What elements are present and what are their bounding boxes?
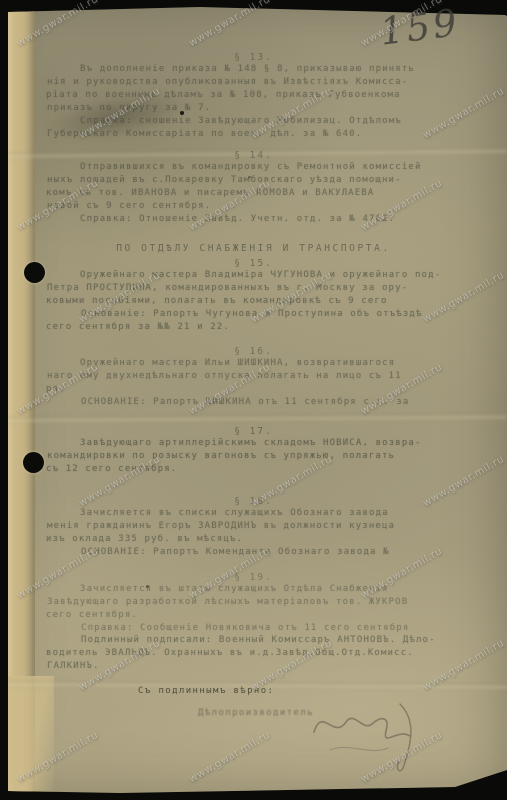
- text-line: приказъ по округу за № 7.: [47, 102, 507, 115]
- section-sig: Подлинный подписали: Военный Комиссаръ А…: [0, 634, 507, 673]
- section-s17: § 17.Завѣдующаго артиллерійскимъ складом…: [0, 426, 507, 476]
- text-line: Завѣдующаго артиллерійскимъ складомъ НОВ…: [80, 437, 507, 450]
- section-s15: § 15.Оружейнаго мастера Владиміра ЧУГУНО…: [0, 258, 507, 334]
- text-line: нія и руководства опубликованныя въ Извѣ…: [47, 76, 507, 89]
- section-dept: ПО ОТДѢЛУ СНАБЖЕНІЯ И ТРАНСПОРТА.: [0, 243, 507, 254]
- text-line: водитель ЭВАЛЬДЪ. Охранныхъ въ и.д.Завѣд…: [46, 647, 507, 660]
- text-line: Основаніе: Рапортъ Чугунова и Проступина…: [81, 308, 507, 321]
- text-line: Справка: Отношеніе Завѣд. Учетн. отд. за…: [80, 213, 507, 226]
- section-s18: § 18.Зачисляется въ списки служащихъ Обо…: [0, 496, 507, 559]
- text-line: сего сентября за №№ 21 и 22.: [46, 321, 507, 334]
- text-line: Петра ПРОСТУПИНА, командированныхъ въ г.…: [47, 282, 507, 295]
- text-line: Подлинный подписали: Военный Комиссаръ А…: [81, 634, 507, 647]
- text-line: изъ оклада 335 руб. въ мѣсяцъ.: [46, 533, 507, 546]
- text-line: Оружейнаго мастера Владиміра ЧУГУНОВА и …: [80, 269, 507, 282]
- section-header: ПО ОТДѢЛУ СНАБЖЕНІЯ И ТРАНСПОРТА.: [0, 243, 507, 254]
- section-s19: § 19.Зачисляется въ штатъ служащихъ Отдѣ…: [0, 572, 507, 635]
- text-line: Завѣдующаго разработкой лѣсныхъ матеріал…: [47, 596, 507, 609]
- scanned-document-page: § 13.Въ дополненіе приказа № 148 § 8, пр…: [0, 0, 507, 800]
- text-line: менія гражданинъ Егоръ ЗАВРОДИНЪ въ долж…: [47, 520, 507, 533]
- text-line: новой съ 9 сего сентября.: [47, 200, 507, 213]
- section-header: § 19.: [0, 572, 507, 583]
- section-s13: § 13.Въ дополненіе приказа № 148 § 8, пр…: [0, 52, 507, 141]
- certification-role: Дѣлопроизводитель: [198, 708, 314, 718]
- text-line: Зачисляется въ штатъ служащихъ Отдѣла Сн…: [80, 583, 507, 596]
- section-header: § 17.: [0, 426, 507, 437]
- punch-hole: [24, 262, 45, 283]
- text-line: ОСНОВАНІЕ: Рапортъ ШИШКИНА отъ 11 сентяб…: [81, 396, 507, 409]
- text-line: ря.: [46, 383, 507, 396]
- text-line: ОСНОВАНІЕ: Рапортъ Коменданта Обознаго з…: [81, 546, 507, 559]
- text-line: ковыми пособіями, полагать въ командиров…: [46, 295, 507, 308]
- text-line: Зачисляется въ списки служащихъ Обознаго…: [80, 507, 507, 520]
- text-line: Справка: сношеніе Завѣдующаго Мобилизац.…: [80, 115, 507, 128]
- text-line: ныхъ лошадей въ с.Покаревку Тамбовскаго …: [47, 174, 507, 187]
- text-line: командировки по розыску вагоновъ съ упря…: [47, 450, 507, 463]
- text-line: ріата по военнымъ дѣламъ за № 108, прика…: [46, 89, 507, 102]
- section-header: § 14.: [0, 150, 507, 161]
- text-line: Оружейнаго мастера Ильи ШИШКИНА, возврат…: [80, 357, 507, 370]
- handwritten-signature: [300, 698, 435, 776]
- text-line: съ 12 сего сентября.: [46, 463, 507, 476]
- text-line: сего сентября.: [46, 609, 507, 622]
- section-header: § 16.: [0, 346, 507, 357]
- text-line: комъ съ тов. ИВАНОВА и писаремъ КОМОВА и…: [46, 187, 507, 200]
- text-line: Губернскаго Комиссаріата по воен. дѣл. з…: [47, 128, 507, 141]
- text-line: Отправившихся въ командировку съ Ремонтн…: [80, 161, 507, 174]
- section-s16: § 16.Оружейнаго мастера Ильи ШИШКИНА, во…: [0, 346, 507, 409]
- section-header: § 13.: [0, 52, 507, 63]
- section-header: § 15.: [0, 258, 507, 269]
- text-line: Въ дополненіе приказа № 148 § 8, приказы…: [80, 63, 507, 76]
- punch-hole: [23, 452, 44, 473]
- certification-line: Съ подлиннымъ вѣрно:: [138, 686, 274, 696]
- section-header: § 18.: [0, 496, 507, 507]
- text-line: наго ему двухнедѣльнаго отпуска полагать…: [47, 370, 507, 383]
- document-body: § 13.Въ дополненіе приказа № 148 § 8, пр…: [0, 0, 507, 800]
- section-s14: § 14.Отправившихся въ командировку съ Ре…: [0, 150, 507, 226]
- text-line: ГАЛКИНЪ.: [47, 660, 507, 673]
